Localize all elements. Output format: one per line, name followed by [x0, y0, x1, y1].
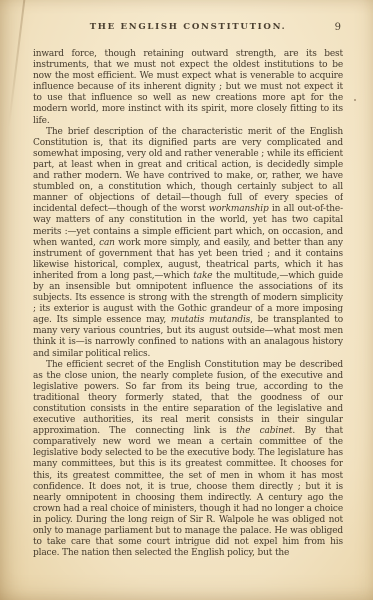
italic-text: mutatis mutandis [171, 315, 250, 325]
paragraph: The efficient secret of the English Cons… [33, 360, 343, 560]
page-crease [8, 0, 26, 127]
page-number: 9 [335, 22, 341, 33]
italic-text: the cabinet [236, 426, 292, 436]
page-header: THE ENGLISH CONSTITUTION. 9 [33, 22, 343, 35]
body-text: The efficient secret of the English Cons… [33, 360, 343, 437]
paragraph: The brief description of the characteris… [33, 127, 343, 360]
body-text: . By that comparatively new word we mean… [33, 426, 343, 558]
page-text: inward force, though retaining outward s… [33, 49, 343, 572]
book-page: THE ENGLISH CONSTITUTION. 9 inward force… [0, 0, 373, 600]
ink-speck [354, 99, 356, 101]
italic-text: workmanship [209, 204, 269, 214]
italic-text: take [193, 271, 212, 281]
body-text: The brief description of the characteris… [33, 127, 343, 215]
italic-text: can [99, 238, 115, 248]
body-text: inward force, though retaining outward s… [33, 49, 343, 126]
running-header: THE ENGLISH CONSTITUTION. [33, 22, 343, 32]
paragraph: inward force, though retaining outward s… [33, 49, 343, 127]
